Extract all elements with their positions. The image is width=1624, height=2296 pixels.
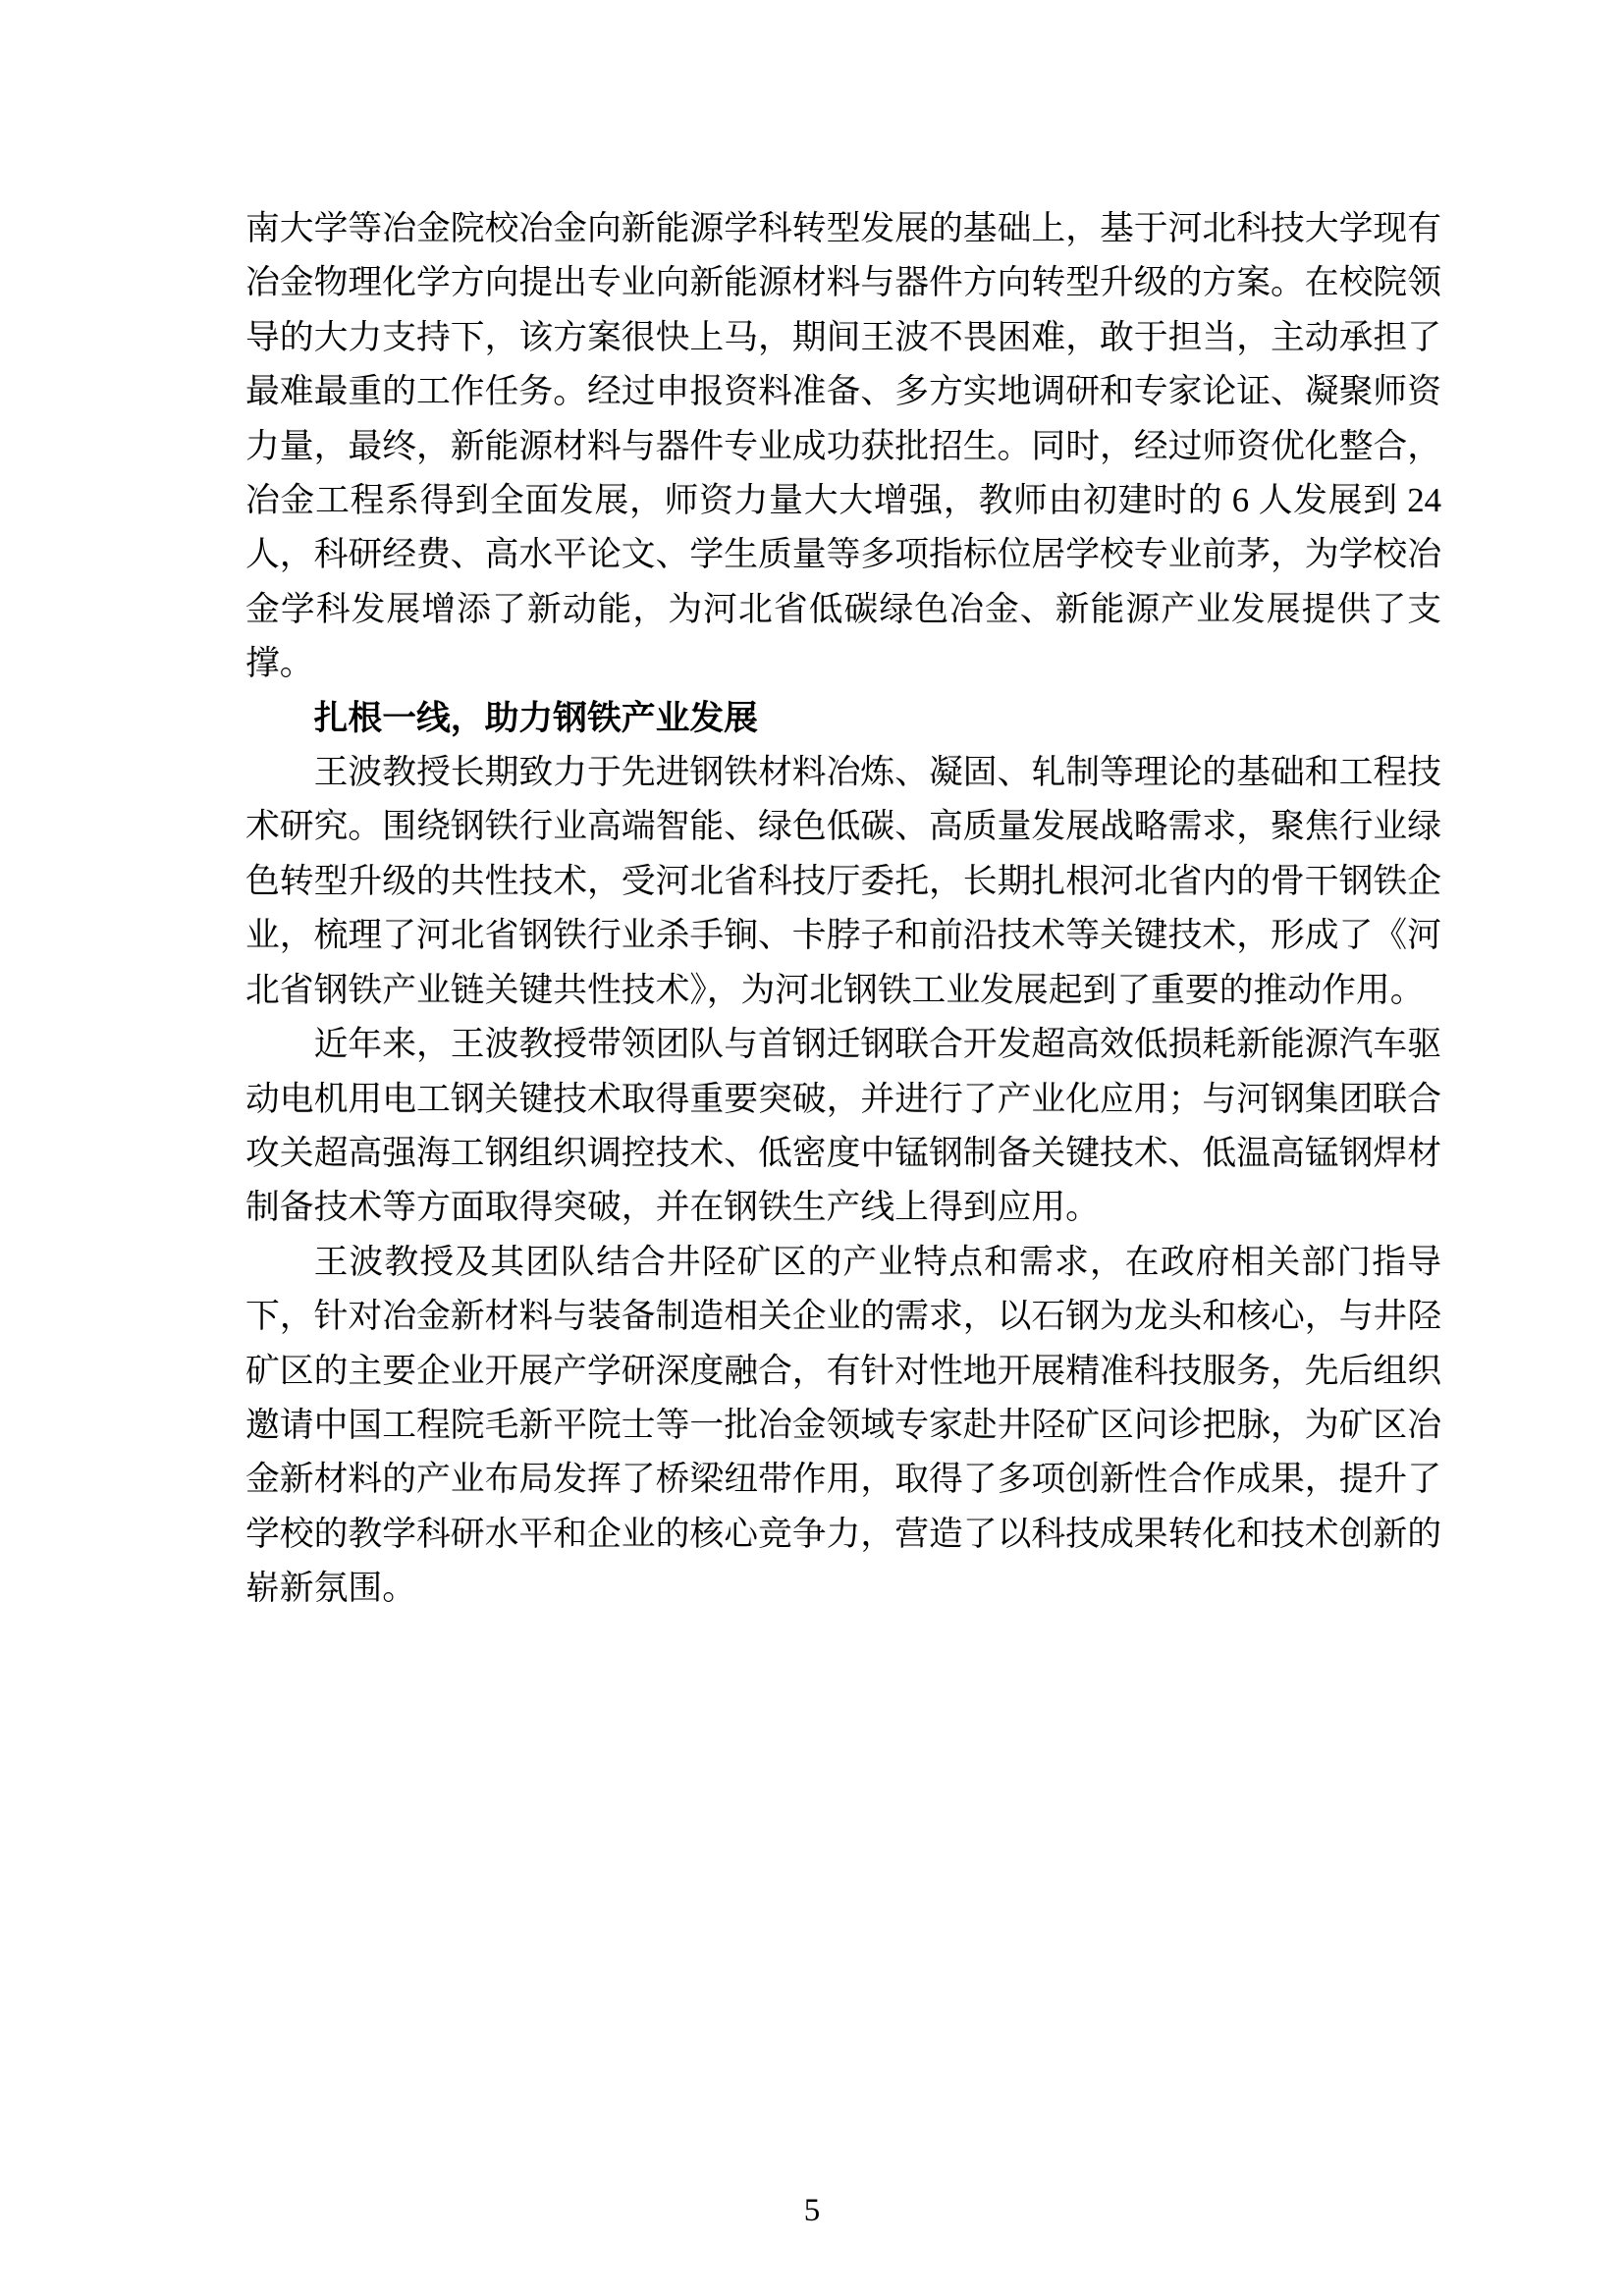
page-number: 5: [0, 2191, 1624, 2230]
paragraph-steel-research: 王波教授长期致力于先进钢铁材料冶炼、凝固、轧制等理论的基础和工程技术研究。围绕钢…: [245, 745, 1441, 1017]
paragraph-continuation: 南大学等冶金院校冶金向新能源学科转型发展的基础上，基于河北科技大学现有冶金物理化…: [245, 201, 1441, 691]
paragraph-recent-breakthroughs: 近年来，王波教授带领团队与首钢迁钢联合开发超高效低损耗新能源汽车驱动电机用电工钢…: [245, 1017, 1441, 1235]
document-body: 南大学等冶金院校冶金向新能源学科转型发展的基础上，基于河北科技大学现有冶金物理化…: [245, 201, 1441, 1616]
paragraph-jingxing-cooperation: 王波教授及其团队结合井陉矿区的产业特点和需求，在政府相关部门指导下，针对冶金新材…: [245, 1235, 1441, 1616]
document-page: 南大学等冶金院校冶金向新能源学科转型发展的基础上，基于河北科技大学现有冶金物理化…: [0, 0, 1624, 2296]
section-heading: 扎根一线，助力钢铁产业发展: [245, 691, 1441, 745]
